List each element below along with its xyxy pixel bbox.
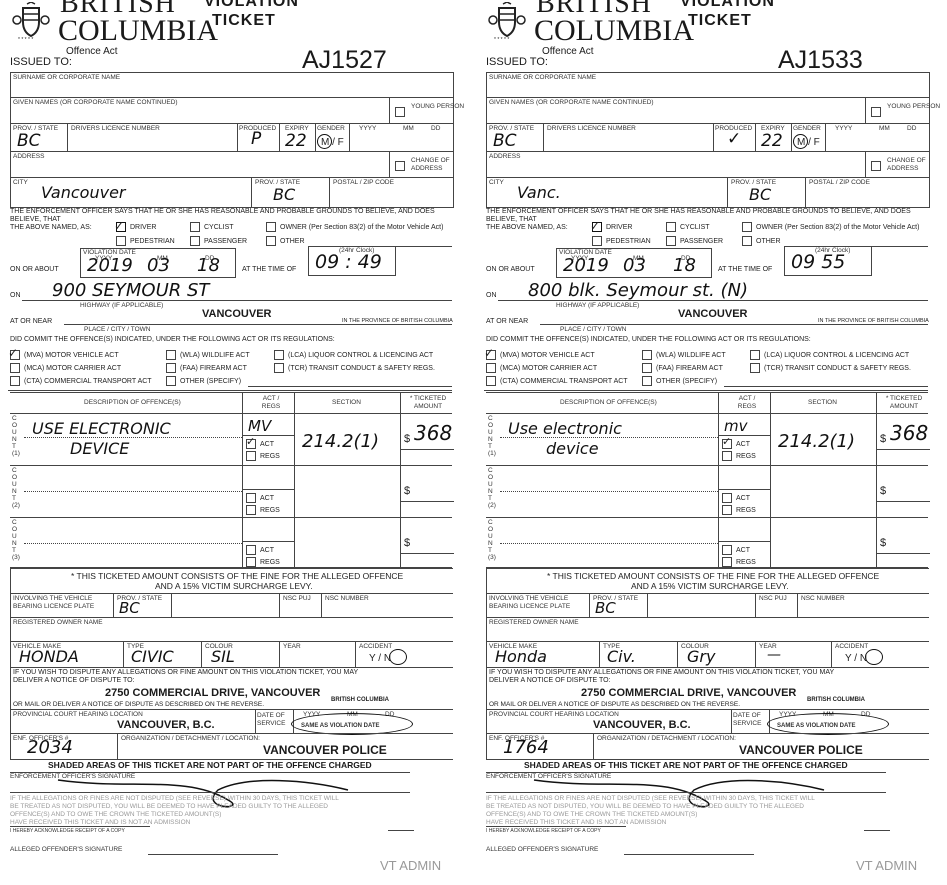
- date-yyyy: 2019: [87, 255, 133, 276]
- vehicle-colour-value: Gry: [687, 647, 715, 666]
- count1-description-line1: USE ELECTRONIC: [32, 419, 171, 438]
- role-driver[interactable]: DRIVER✓: [116, 222, 156, 232]
- city-value: Vancouver: [41, 183, 125, 202]
- vt-admin-stamp: VT ADMIN: [856, 858, 917, 873]
- act-mva[interactable]: (MVA) MOTOR VEHICLE ACT✓: [486, 350, 595, 360]
- role-cyclist[interactable]: CYCLIST: [190, 222, 234, 232]
- gender-circle: [793, 134, 808, 149]
- count1-section-value: 214.2(1): [302, 431, 379, 452]
- act-tcr[interactable]: (TCR) TRANSIT CONDUCT & SAFETY REGS.: [750, 363, 911, 373]
- young-person-checkbox[interactable]: [395, 107, 405, 117]
- title-violation: VIOLATION: [680, 0, 775, 11]
- role-owner[interactable]: OWNER (Per Section 83(2) of the Motor Ve…: [742, 222, 919, 232]
- city-prov-value: BC: [273, 185, 295, 204]
- offence-act-label: Offence Act: [542, 46, 594, 57]
- act-faa[interactable]: (FAA) FIREARM ACT: [166, 363, 247, 373]
- count3-act-checkbox[interactable]: ACT: [246, 545, 274, 555]
- act-wla[interactable]: (WLA) WILDLIFE ACT: [166, 350, 250, 360]
- vehicle-year-value: —: [767, 647, 781, 663]
- vehicle-make-value: Honda: [495, 647, 547, 666]
- count2-act-checkbox[interactable]: ACT: [722, 493, 750, 503]
- count2-regs-checkbox[interactable]: REGS: [722, 505, 756, 515]
- personal-info-section: SURNAME OR CORPORATE NAME GIVEN NAMES (O…: [10, 72, 454, 208]
- date-dd: 18: [673, 255, 696, 276]
- act-mca[interactable]: (MCA) MOTOR CARRIER ACT: [486, 363, 597, 373]
- count1-regs-checkbox[interactable]: REGS: [246, 451, 280, 461]
- count1-description-line2: DEVICE: [70, 439, 129, 458]
- time-value: 09 : 49: [315, 251, 382, 273]
- count1-act-checkbox[interactable]: ACT✓: [722, 439, 750, 449]
- vehicle-type-value: Civ.: [607, 647, 636, 666]
- act-faa[interactable]: (FAA) FIREARM ACT: [642, 363, 723, 373]
- offender-signature-line[interactable]: [148, 854, 278, 855]
- dispute-address: 2750 COMMERCIAL DRIVE, VANCOUVER: [581, 687, 796, 699]
- count3-regs-checkbox[interactable]: REGS: [722, 557, 756, 567]
- act-other[interactable]: OTHER (SPECIFY): [166, 376, 241, 386]
- dispute-address: 2750 COMMERCIAL DRIVE, VANCOUVER: [105, 687, 320, 699]
- change-of-address-checkbox[interactable]: [395, 161, 405, 171]
- change-of-address-checkbox[interactable]: [871, 161, 881, 171]
- count1-amount-value: 368: [414, 421, 452, 445]
- count1-act-value: mv: [724, 417, 748, 435]
- ticket-header: * * * * * BRITISH COLUMBIA Offence Act V…: [484, 0, 946, 62]
- count1-description-line2: device: [546, 439, 599, 458]
- ticket-number: AJ1527: [302, 46, 387, 75]
- violation-ticket-1: * * * * * BRITISH COLUMBIA Offence Act V…: [8, 0, 470, 885]
- violation-ticket-2: * * * * * BRITISH COLUMBIA Offence Act V…: [484, 0, 946, 885]
- vehicle-make-value: HONDA: [19, 647, 79, 666]
- act-lca[interactable]: (LCA) LIQUOR CONTROL & LICENCING ACT: [750, 350, 909, 360]
- count3-act-checkbox[interactable]: ACT: [722, 545, 750, 555]
- act-tcr[interactable]: (TCR) TRANSIT CONDUCT & SAFETY REGS.: [274, 363, 435, 373]
- count1-act-checkbox[interactable]: ACT✓: [246, 439, 274, 449]
- count2-act-checkbox[interactable]: ACT: [246, 493, 274, 503]
- date-mm: 03: [623, 255, 646, 276]
- time-value: 09 55: [791, 251, 845, 273]
- role-passenger[interactable]: PASSENGER: [666, 236, 723, 246]
- count1-regs-checkbox[interactable]: REGS: [722, 451, 756, 461]
- role-other[interactable]: OTHER: [742, 236, 781, 246]
- count2-regs-checkbox[interactable]: REGS: [246, 505, 280, 515]
- role-driver[interactable]: DRIVER✓: [592, 222, 632, 232]
- offence-table: DESCRIPTION OF OFFENCE(S) ACT / REGS SEC…: [10, 392, 452, 568]
- ticket-header: * * * * * BRITISH COLUMBIA Offence Act V…: [8, 0, 470, 62]
- act-mca[interactable]: (MCA) MOTOR CARRIER ACT: [10, 363, 121, 373]
- court-location: VANCOUVER, B.C.: [593, 719, 691, 731]
- province-line2: COLUMBIA: [58, 16, 218, 46]
- role-pedestrian[interactable]: PEDESTRIAN: [592, 236, 651, 246]
- prov-value: BC: [493, 131, 517, 151]
- time-box: (24hr Clock) 09 : 49: [308, 246, 396, 276]
- act-other[interactable]: OTHER (SPECIFY): [642, 376, 717, 386]
- vehicle-colour-value: SIL: [211, 647, 235, 666]
- organization-value: VANCOUVER POLICE: [739, 743, 863, 757]
- officer-number-value: 2034: [27, 737, 73, 758]
- place-value: VANCOUVER: [202, 308, 271, 320]
- offender-signature-line[interactable]: [624, 854, 754, 855]
- issued-to-label: ISSUED TO:: [10, 56, 72, 68]
- date-mm: 03: [147, 255, 170, 276]
- offence-table: DESCRIPTION OF OFFENCE(S) ACT / REGS SEC…: [486, 392, 928, 568]
- title-violation: VIOLATION: [204, 0, 299, 11]
- vehicle-dispute-section: * THIS TICKETED AMOUNT CONSISTS OF THE F…: [486, 568, 929, 760]
- vt-admin-stamp: VT ADMIN: [380, 858, 441, 873]
- act-wla[interactable]: (WLA) WILDLIFE ACT: [642, 350, 726, 360]
- act-cta[interactable]: (CTA) COMMERCIAL TRANSPORT ACT: [10, 376, 152, 386]
- plate-prov-value: BC: [119, 599, 140, 617]
- date-dd: 18: [197, 255, 220, 276]
- city-prov-value: BC: [749, 185, 771, 204]
- city-value: Vanc.: [517, 183, 561, 202]
- prov-value: BC: [17, 131, 41, 151]
- personal-info-section: SURNAME OR CORPORATE NAME GIVEN NAMES (O…: [486, 72, 930, 208]
- title-ticket: TICKET: [688, 12, 752, 30]
- young-person-checkbox[interactable]: [871, 107, 881, 117]
- count3-regs-checkbox[interactable]: REGS: [246, 557, 280, 567]
- produced-value: P: [251, 129, 261, 149]
- ticket-number: AJ1533: [778, 46, 863, 75]
- act-mva[interactable]: (MVA) MOTOR VEHICLE ACT✓: [10, 350, 119, 360]
- province-line2: COLUMBIA: [534, 16, 694, 46]
- court-location: VANCOUVER, B.C.: [117, 719, 215, 731]
- offence-act-label: Offence Act: [66, 46, 118, 57]
- expiry-value: 22: [761, 131, 783, 151]
- time-box: (24hr Clock) 09 55: [784, 246, 872, 276]
- accident-circle: [865, 649, 883, 665]
- title-ticket: TICKET: [212, 12, 276, 30]
- act-cta[interactable]: (CTA) COMMERCIAL TRANSPORT ACT: [486, 376, 628, 386]
- plate-prov-value: BC: [595, 599, 616, 617]
- svg-text:* * * * *: * * * * *: [494, 37, 509, 42]
- role-owner[interactable]: OWNER (Per Section 83(2) of the Motor Ve…: [266, 222, 443, 232]
- gender-circle: [317, 134, 332, 149]
- svg-text:* * * * *: * * * * *: [18, 37, 33, 42]
- bc-coat-of-arms-icon: * * * * *: [12, 2, 50, 42]
- accident-circle: [389, 649, 407, 665]
- act-lca[interactable]: (LCA) LIQUOR CONTROL & LICENCING ACT: [274, 350, 433, 360]
- role-pedestrian[interactable]: PEDESTRIAN: [116, 236, 175, 246]
- count1-act-value: MV: [248, 417, 271, 435]
- expiry-value: 22: [285, 131, 307, 151]
- vehicle-type-value: CIVIC: [131, 647, 174, 666]
- vehicle-dispute-section: * THIS TICKETED AMOUNT CONSISTS OF THE F…: [10, 568, 453, 760]
- count1-amount-value: 368: [890, 421, 928, 445]
- role-cyclist[interactable]: CYCLIST: [666, 222, 710, 232]
- count1-description-line1: Use electronic: [508, 419, 622, 438]
- location-value: 900 SEYMOUR ST: [52, 280, 209, 301]
- place-value: VANCOUVER: [678, 308, 747, 320]
- bc-coat-of-arms-icon: * * * * *: [488, 2, 526, 42]
- date-yyyy: 2019: [563, 255, 609, 276]
- violation-date-box: VIOLATION DATE YYYY MM DD 2019 03 18: [80, 248, 236, 278]
- role-passenger[interactable]: PASSENGER: [190, 236, 247, 246]
- violation-date-box: VIOLATION DATE YYYY MM DD 2019 03 18: [556, 248, 712, 278]
- issued-to-label: ISSUED TO:: [486, 56, 548, 68]
- officer-number-value: 1764: [503, 737, 549, 758]
- location-value: 800 blk. Seymour st. (N): [528, 280, 748, 301]
- organization-value: VANCOUVER POLICE: [263, 743, 387, 757]
- produced-value: ✓: [727, 129, 741, 149]
- role-other[interactable]: OTHER: [266, 236, 305, 246]
- count1-section-value: 214.2(1): [778, 431, 855, 452]
